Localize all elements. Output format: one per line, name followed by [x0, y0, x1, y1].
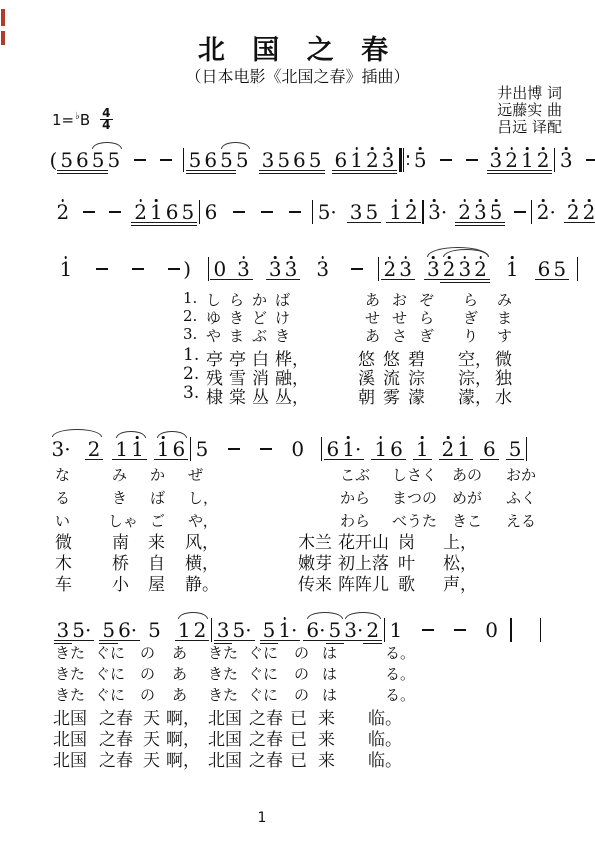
lyric-syllable: まつの	[392, 487, 437, 508]
note: 5	[552, 256, 568, 282]
lyric-syllable: きた	[208, 663, 238, 684]
dash-line	[260, 448, 272, 450]
spacer	[97, 199, 107, 225]
lyric-row: 木桥自横，嫩芽初上落叶松，	[0, 549, 595, 569]
lyric-syllable: 小	[112, 570, 129, 595]
note: 2	[365, 617, 381, 643]
sheet-music-page: 北 国 之 春 （日本电影《北国之春》插曲） 井出博 词远藤实 曲吕远 译配 1…	[0, 0, 595, 841]
repeat-thin-bar	[403, 148, 404, 172]
note: 6	[389, 436, 405, 462]
note: 2	[581, 199, 595, 225]
lyric-syllable: あ	[172, 684, 187, 705]
octave-dot	[410, 199, 413, 202]
underline	[534, 173, 553, 174]
duration-dash	[166, 256, 182, 282]
lyric-syllable: 濛，	[458, 383, 492, 408]
lyric-syllable: ぐに	[248, 642, 278, 663]
duration-dash	[259, 199, 275, 225]
octave-dot	[379, 436, 382, 439]
dash-line	[132, 268, 144, 270]
duration-dash	[420, 617, 436, 643]
lyric-syllable: 水	[495, 383, 512, 408]
spacer	[454, 147, 464, 173]
underline	[487, 225, 506, 226]
dash-line	[160, 159, 172, 161]
duration-dash	[258, 436, 274, 462]
dash-line	[134, 159, 146, 161]
barline	[183, 148, 184, 172]
note: 2	[55, 199, 71, 225]
lyric-row: なみかぜこぶしさくあのおか	[0, 464, 595, 484]
note: 5	[106, 147, 122, 173]
note: 3·	[50, 436, 72, 462]
spacer	[515, 617, 537, 643]
spacer	[74, 256, 94, 282]
credits-block: 井出博 词远藤实 曲吕远 译配	[497, 85, 562, 136]
lyric-syllable: の	[294, 642, 309, 663]
slur-arc	[116, 431, 146, 438]
underline	[363, 640, 382, 641]
lyric-syllable: ぐに	[95, 642, 125, 663]
underline	[534, 170, 553, 171]
barline	[199, 200, 200, 224]
barline	[526, 437, 527, 461]
rest-note: 0	[290, 436, 306, 462]
lyric-row: きたぐにのあきたぐにのはる。	[0, 642, 595, 662]
duration-dash	[512, 199, 528, 225]
barline	[554, 148, 555, 172]
dash-line	[514, 211, 526, 213]
duration-dash	[438, 147, 454, 173]
spacer	[488, 256, 504, 282]
dash-line	[228, 448, 240, 450]
note: 3	[236, 256, 252, 282]
octave-dot	[572, 199, 575, 202]
dash-line	[351, 268, 363, 270]
lyric-syllable: 已	[290, 746, 307, 771]
dash-line	[96, 268, 108, 270]
repeat-begin-sign	[399, 147, 409, 173]
lyric-row: きたぐにのあきたぐにのはる。	[0, 663, 595, 683]
lyric-syllable: 3.	[183, 383, 199, 403]
octave-dot	[274, 256, 277, 259]
octave-dot	[463, 199, 466, 202]
lyric-row: 1.しらかばあおぞらみ	[0, 289, 595, 309]
lyric-syllable: 1.	[183, 345, 199, 365]
lyric-syllable: 3.	[183, 325, 197, 343]
lyric-row: きたぐにのあきたぐにのはる。	[0, 684, 595, 704]
lyric-syllable: 声，	[443, 570, 477, 595]
note: 5	[147, 617, 163, 643]
lyric-syllable: 北国	[53, 746, 87, 771]
spacer	[404, 617, 420, 643]
lyric-syllable: 朝	[358, 383, 375, 408]
lyric-row: 2.ゆきどけせせらぎま	[0, 307, 595, 327]
octave-dot	[283, 617, 286, 620]
barline	[208, 257, 209, 281]
lyric-row: 2.残雪消融，溪流淙淙，独	[0, 364, 595, 384]
rest-note: 0	[484, 617, 500, 643]
note: 5·	[71, 617, 93, 643]
lyric-row: 3.やまぶきあさぎりす	[0, 325, 595, 345]
underline	[69, 640, 94, 641]
underline	[306, 170, 325, 171]
note: 2	[192, 617, 208, 643]
octave-dot	[355, 147, 358, 150]
note: 6	[203, 199, 219, 225]
note: 1	[130, 436, 146, 462]
octave-dot	[433, 199, 436, 202]
underline	[387, 459, 406, 460]
underline	[580, 222, 595, 223]
spacer	[275, 199, 287, 225]
lyric-syllable: 屋	[148, 570, 165, 595]
duration-dash	[81, 199, 97, 225]
duration-dash	[132, 147, 148, 173]
lyric-syllable: り	[463, 325, 478, 346]
lyric-syllable: おか	[506, 464, 536, 485]
underline	[89, 170, 108, 171]
lyric-syllable: ぐに	[95, 684, 125, 705]
note: 5·	[316, 199, 338, 225]
spacer	[219, 199, 231, 225]
note: 5	[307, 147, 323, 173]
spacer	[247, 199, 259, 225]
lyric-syllable: ま	[229, 325, 244, 346]
duration-dash	[158, 147, 174, 173]
barline	[321, 437, 322, 461]
lyric-syllable: す	[497, 325, 512, 346]
lyric-syllable: 北国	[208, 746, 242, 771]
octave-dot	[510, 147, 513, 150]
underline	[506, 459, 525, 460]
underline	[550, 279, 569, 280]
barline	[422, 200, 423, 224]
note: 3	[380, 147, 396, 173]
scan-artifact	[1, 9, 5, 26]
spacer	[499, 617, 507, 643]
note: 3·	[343, 617, 365, 643]
lyric-syllable: な	[55, 464, 70, 485]
duration-dash	[464, 147, 480, 173]
underline	[363, 222, 382, 223]
lyric-syllable: は	[322, 642, 337, 663]
note: 5	[488, 199, 504, 225]
note: 3	[398, 256, 414, 282]
note: 3·	[427, 199, 449, 225]
spacer	[210, 436, 226, 462]
duration-dash	[94, 256, 110, 282]
octave-dot	[479, 199, 482, 202]
dash-line	[83, 211, 95, 213]
underline	[191, 640, 210, 641]
underline	[170, 459, 189, 460]
barline	[190, 437, 191, 461]
octave-dot	[419, 147, 422, 150]
octave-dot	[387, 147, 390, 150]
lyric-syllable: ぐに	[95, 663, 125, 684]
lyric-syllable: や	[206, 325, 221, 346]
underline	[85, 459, 104, 460]
lyric-row: 北国之春天啊，北国之春已来临。	[0, 704, 595, 724]
note: 2·	[535, 199, 557, 225]
note: 5	[364, 199, 380, 225]
barline	[384, 618, 385, 642]
key-prefix: 1=	[52, 111, 74, 129]
lyric-row: いしゃごや，わらべうたきこえる	[0, 510, 595, 530]
octave-dot	[394, 199, 397, 202]
underline	[115, 640, 140, 641]
dash-line	[466, 159, 478, 161]
underline	[275, 640, 300, 641]
note: 5·	[231, 617, 253, 643]
duration-dash	[452, 617, 468, 643]
credit-line: 井出博 词	[497, 85, 562, 102]
dash-line	[454, 629, 466, 631]
note: 1	[504, 256, 520, 282]
lyric-syllable: 棠	[229, 383, 246, 408]
octave-dot	[462, 436, 465, 439]
lyric-row: るきばし，からまつのめがふく	[0, 487, 595, 507]
lyric-row: 3.棣棠丛丛，朝雾濛濛，水	[0, 383, 595, 403]
note: 5	[234, 147, 250, 173]
dash-line	[440, 159, 452, 161]
underline	[89, 173, 108, 174]
barline	[531, 200, 532, 224]
duration-dash	[349, 256, 365, 282]
lyric-syllable: 2.	[183, 364, 199, 384]
octave-dot	[290, 256, 293, 259]
lyric-syllable: 临。	[368, 746, 402, 771]
note: 2	[403, 199, 419, 225]
lyric-syllable: 啊，	[166, 746, 200, 771]
duration-dash	[287, 199, 303, 225]
lyric-syllable: ぎ	[419, 325, 434, 346]
lyric-syllable: か	[150, 464, 165, 485]
lyric-syllable: 1.	[183, 289, 197, 307]
duration-dash	[107, 199, 123, 225]
dash-line	[422, 629, 434, 631]
music-line: 1)03333233232165	[58, 256, 581, 282]
octave-dot	[65, 256, 68, 259]
duration-dash	[226, 436, 242, 462]
key-signature: 1=♭B 4 4	[52, 108, 113, 131]
note: 1	[456, 436, 472, 462]
note: 5	[507, 436, 523, 462]
spacer	[122, 147, 132, 173]
lyric-syllable: 车	[55, 570, 72, 595]
underline	[234, 279, 253, 280]
lyric-syllable: 来	[318, 746, 335, 771]
credit-line: 吕远 译配	[497, 119, 562, 136]
note: 5	[412, 147, 428, 173]
lyric-syllable: めが	[452, 487, 482, 508]
lyric-syllable: あ	[172, 663, 187, 684]
underline	[487, 222, 506, 223]
lyric-syllable: あの	[452, 464, 482, 485]
page-number: 1	[232, 810, 292, 826]
lyric-syllable: 静。	[185, 570, 219, 595]
underline	[379, 173, 398, 174]
spacer	[574, 147, 584, 173]
spacer	[436, 617, 452, 643]
octave-dot	[495, 199, 498, 202]
note: 1	[414, 436, 430, 462]
duration-dash	[584, 147, 595, 173]
spacer	[303, 199, 309, 225]
lyric-syllable: 濛	[408, 383, 425, 408]
barline	[577, 257, 578, 281]
note: 5	[194, 436, 210, 462]
underline	[178, 222, 197, 223]
underline	[480, 459, 499, 460]
note: 6·	[305, 617, 327, 643]
note: 5	[180, 199, 196, 225]
lyric-syllable: ぜ	[188, 464, 203, 485]
lyric-row: 1.亭亭白桦，悠悠碧空，微	[0, 345, 595, 365]
slur-arc	[221, 142, 250, 149]
lyric-syllable: ぐに	[248, 684, 278, 705]
underline	[229, 640, 254, 641]
octave-dot	[347, 436, 350, 439]
octave-dot	[421, 436, 424, 439]
barline	[510, 618, 511, 642]
lyric-syllable: る。	[385, 684, 415, 705]
lyric-syllable: の	[140, 684, 155, 705]
spacer	[148, 147, 158, 173]
lyric-syllable: る。	[385, 642, 415, 663]
lyric-syllable: きた	[208, 642, 238, 663]
spacer	[242, 436, 258, 462]
octave-dot	[62, 199, 65, 202]
lyric-row: 北国之春天啊，北国之春已来临。	[0, 746, 595, 766]
spacer	[139, 617, 147, 643]
dash-line	[168, 268, 180, 270]
spacer	[110, 256, 130, 282]
barline	[312, 200, 313, 224]
lyric-syllable: 雾	[383, 383, 400, 408]
lyric-syllable: は	[322, 663, 337, 684]
lyric-syllable: る。	[385, 663, 415, 684]
underline	[396, 279, 415, 280]
octave-dot	[242, 256, 245, 259]
spacer	[193, 256, 205, 282]
time-signature: 4 4	[100, 108, 112, 131]
spacer	[174, 147, 180, 173]
lyric-syllable: きた	[55, 642, 85, 663]
octave-dot	[511, 256, 514, 259]
lyric-syllable: 天	[143, 746, 160, 771]
barline	[211, 618, 212, 642]
octave-dot	[139, 199, 142, 202]
music-line: 3·211165061·1612165	[50, 436, 530, 462]
lyric-syllable: あ	[172, 642, 187, 663]
lyric-syllable: こぶ	[340, 464, 370, 485]
lyric-syllable: き	[112, 487, 127, 508]
lyric-syllable: る	[55, 487, 70, 508]
lyric-syllable: ぐに	[248, 663, 278, 684]
note: 1	[388, 617, 404, 643]
lyric-syllable: 传来	[298, 570, 332, 595]
spacer	[306, 436, 318, 462]
dash-line	[233, 211, 245, 213]
slur-arc	[157, 431, 187, 438]
spacer	[504, 199, 512, 225]
underline	[471, 282, 490, 283]
spacer	[299, 256, 315, 282]
dash-line	[586, 159, 595, 161]
underline	[306, 173, 325, 174]
music-line: 2216565·35123·2352·2216	[55, 199, 595, 225]
lyric-syllable: は	[322, 684, 337, 705]
underline	[413, 459, 432, 460]
spacer	[468, 617, 484, 643]
octave-dot	[495, 147, 498, 150]
note: 3	[558, 147, 574, 173]
spacer	[568, 256, 574, 282]
octave-dot	[155, 199, 158, 202]
spacer	[428, 147, 438, 173]
lyric-syllable: しさく	[392, 464, 437, 485]
note: 6	[482, 436, 498, 462]
note: 5	[219, 147, 235, 173]
lyric-syllable: し，	[188, 487, 218, 508]
barline	[540, 618, 541, 642]
underline	[471, 279, 490, 280]
music-line: (5655565535656123532123	[48, 147, 595, 173]
lyric-row: 微南来风，木兰花开山岗上，	[0, 528, 595, 548]
underline	[217, 170, 236, 171]
underline	[178, 225, 197, 226]
lyric-syllable: 丛，	[275, 383, 309, 408]
lyric-syllable: あ	[365, 325, 380, 346]
octave-dot	[389, 256, 392, 259]
slur-arc	[92, 142, 122, 149]
slur-arc	[52, 429, 102, 437]
lyric-syllable: 阵阵儿	[338, 570, 389, 595]
credit-line: 远藤实 曲	[497, 102, 562, 119]
note: 1·	[341, 436, 363, 462]
dash-line	[261, 211, 273, 213]
lyric-syllable: 歌	[398, 570, 415, 595]
octave-dot	[588, 199, 591, 202]
note: 2	[535, 147, 551, 173]
spacer	[331, 256, 349, 282]
lyric-syllable: きた	[55, 663, 85, 684]
note: 2	[473, 256, 489, 282]
lyric-syllable: の	[140, 642, 155, 663]
lyric-syllable: から	[340, 487, 370, 508]
octave-dot	[447, 436, 450, 439]
note: 3	[315, 256, 331, 282]
octave-dot	[404, 256, 407, 259]
octave-dot	[321, 256, 324, 259]
underline	[454, 459, 473, 460]
lyric-syllable: きた	[208, 684, 238, 705]
note: 2	[86, 436, 102, 462]
spacer	[365, 256, 375, 282]
note: 5	[90, 147, 106, 173]
underline	[128, 459, 147, 460]
dash-line	[289, 211, 301, 213]
lyric-syllable: き	[275, 325, 290, 346]
parenthesis: )	[182, 256, 193, 282]
octave-dot	[542, 199, 545, 202]
lyric-syllable: 丛	[252, 383, 269, 408]
spacer	[71, 199, 81, 225]
lyric-row: 北国之春天啊，北国之春已来临。	[0, 725, 595, 745]
duration-dash	[130, 256, 146, 282]
